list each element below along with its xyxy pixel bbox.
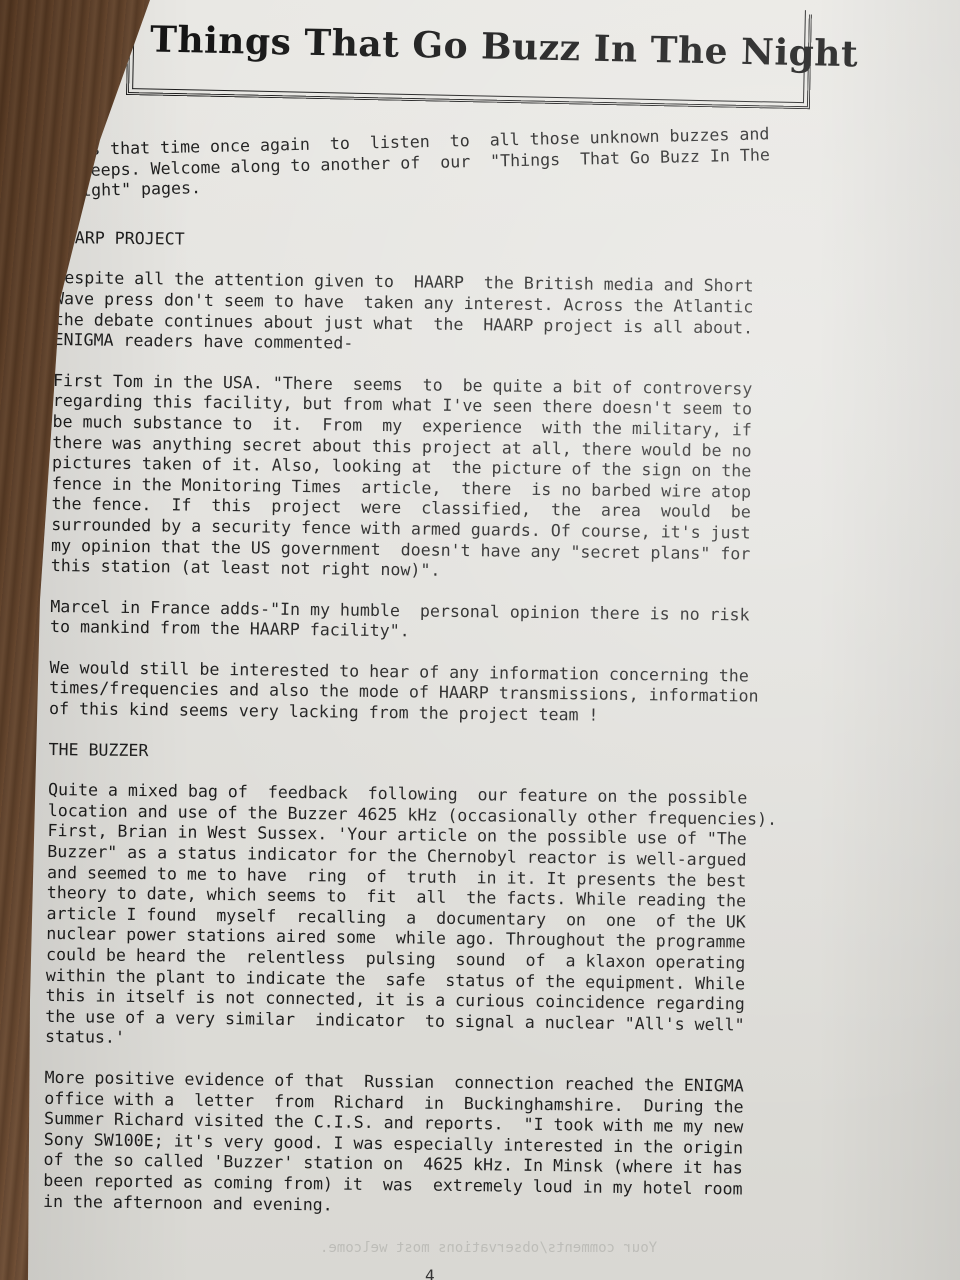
title-box: Things That Go Buzz In The Night (126, 0, 812, 109)
section-heading: THE BUZZER (48, 740, 918, 771)
paragraph: Despite all the attention given to HAARP… (53, 268, 924, 361)
section-heading: HAARP PROJECT (55, 228, 925, 259)
paragraph: Marcel in France adds-"In my humble pers… (50, 597, 920, 649)
paragraph: First Tom in the USA. "There seems to be… (51, 371, 923, 588)
paragraph: Quite a mixed bag of feedback following … (45, 780, 918, 1058)
section-buzzer: THE BUZZER Quite a mixed bag of feedback… (43, 740, 919, 1223)
paragraph: We would still be interested to hear of … (49, 658, 920, 730)
intro-paragraph: Its that time once again to listen to al… (70, 121, 927, 202)
page-number: 4 (425, 1266, 435, 1280)
bleed-through-text: Your comments/observations most welcome. (320, 1240, 657, 1256)
paragraph: More positive evidence of that Russian c… (43, 1068, 915, 1223)
article-body: Its that time once again to listen to al… (43, 140, 926, 1243)
page-title: Things That Go Buzz In The Night (150, 18, 799, 74)
section-haarp: HAARP PROJECT Despite all the attention … (49, 228, 925, 730)
document-page: Things That Go Buzz In The Night Its tha… (0, 0, 960, 1280)
